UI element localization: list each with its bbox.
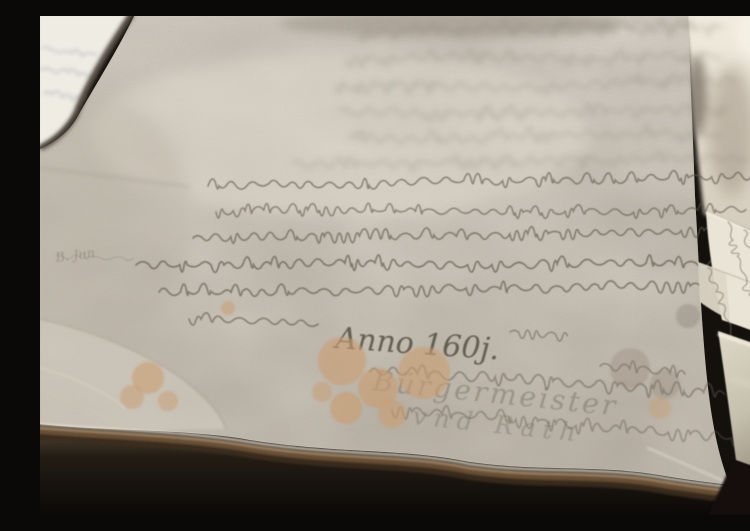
stain-blob: [312, 382, 332, 402]
photo-old-manuscript: Close-up photograph of a creased, staine…: [40, 16, 750, 515]
stain-blob: [221, 301, 235, 315]
stain-blob: [378, 400, 406, 428]
water-stain: [650, 369, 680, 399]
stain-blob: [318, 337, 366, 385]
stain-blob: [649, 397, 671, 419]
shelf: [708, 331, 750, 515]
water-stain: [610, 348, 650, 388]
shelf-surface: [718, 331, 750, 478]
photo-canvas: Anno 160j. Bürgermeister vnd Rath B. Jun: [40, 16, 750, 515]
water-stain: [676, 304, 700, 328]
stain-blob: [330, 392, 362, 424]
side-document: [698, 212, 750, 349]
stain-blob: [120, 385, 144, 409]
stain-blob: [398, 347, 450, 399]
stain-blob: [158, 391, 178, 411]
